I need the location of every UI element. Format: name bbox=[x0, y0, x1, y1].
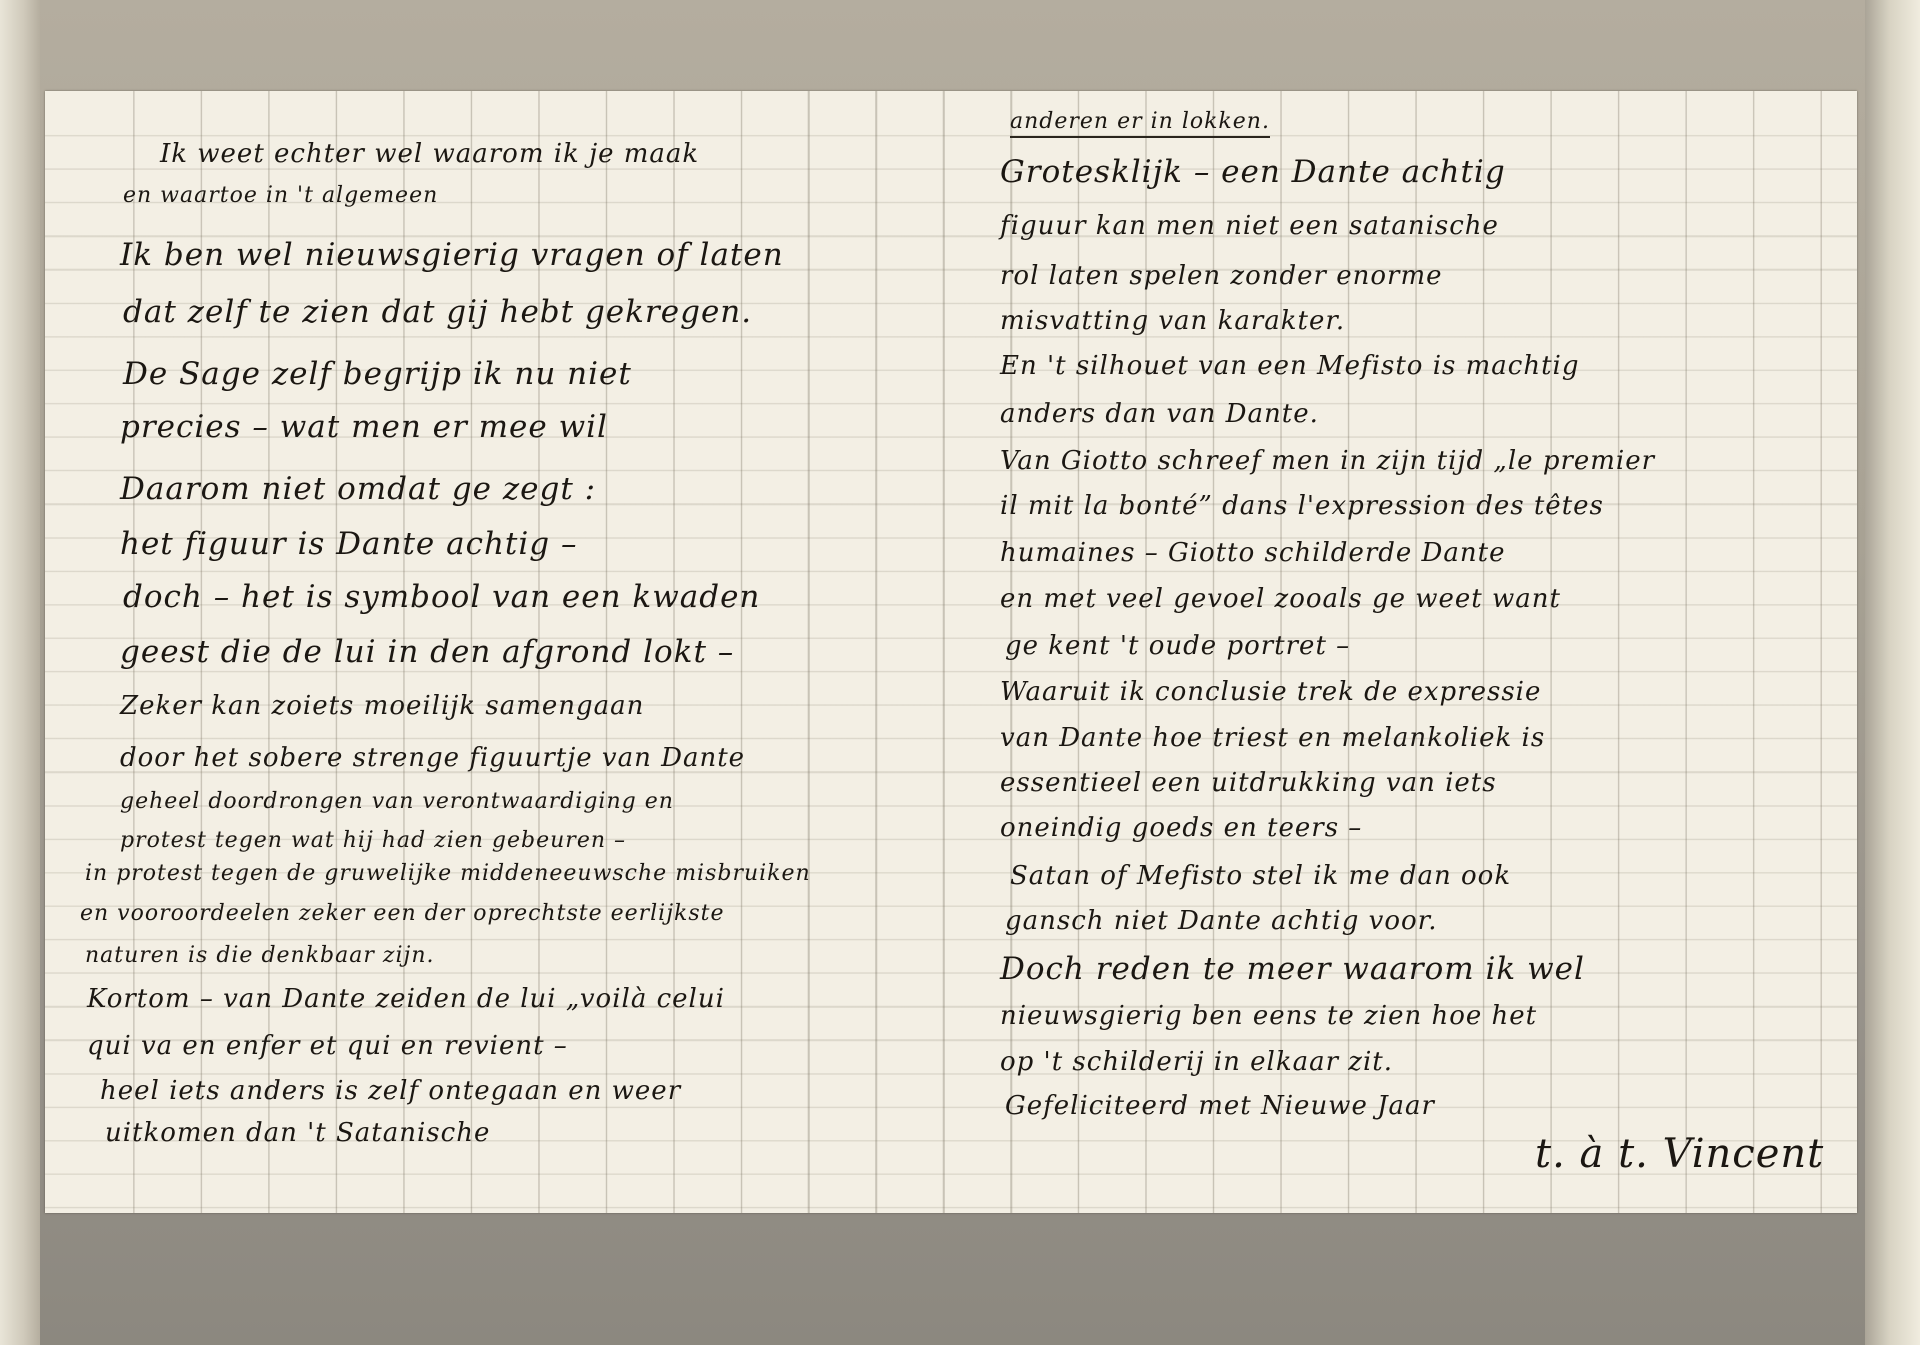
letter-line: nieuwsgierig ben eens te zien hoe het bbox=[1000, 1001, 1537, 1031]
letter-sheet: Ik weet echter wel waarom ik je maak en … bbox=[45, 91, 1857, 1213]
letter-line: qui va en enfer et qui en revient – bbox=[87, 1031, 568, 1061]
letter-line: De Sage zelf begrijp ik nu niet bbox=[123, 356, 632, 392]
letter-line: Ik ben wel nieuwsgierig vragen of laten bbox=[120, 237, 784, 273]
letter-line: precies – wat men er mee wil bbox=[120, 409, 608, 445]
letter-line: heel iets anders is zelf ontegaan en wee… bbox=[100, 1076, 681, 1106]
letter-line: en waartoe in 't algemeen bbox=[123, 183, 438, 208]
letter-line: geest die de lui in den afgrond lokt – bbox=[120, 634, 734, 670]
letter-line: naturen is die denkbaar zijn. bbox=[85, 943, 434, 968]
letter-line: ge kent 't oude portret – bbox=[1005, 631, 1350, 661]
letter-line: rol laten spelen zonder enorme bbox=[1000, 261, 1442, 291]
letter-line: Daarom niet omdat ge zegt : bbox=[120, 471, 596, 507]
letter-line: dat zelf te zien dat gij hebt gekregen. bbox=[123, 294, 752, 330]
signature: t. à t. Vincent bbox=[1535, 1131, 1824, 1177]
letter-line: protest tegen wat hij had zien gebeuren … bbox=[120, 828, 626, 853]
letter-line: anders dan van Dante. bbox=[1000, 399, 1319, 429]
mount-edge-left bbox=[0, 0, 40, 1345]
letter-line: Doch reden te meer waarom ik wel bbox=[1000, 951, 1585, 987]
letter-line: oneindig goeds en teers – bbox=[1000, 813, 1362, 843]
letter-line: Zeker kan zoiets moeilijk samengaan bbox=[120, 691, 644, 721]
letter-line: en met veel gevoel zooals ge weet want bbox=[1000, 584, 1561, 614]
letter-line: Kortom – van Dante zeiden de lui „voilà … bbox=[87, 984, 725, 1014]
letter-line: figuur kan men niet een satanische bbox=[1000, 211, 1499, 241]
letter-line: misvatting van karakter. bbox=[1000, 306, 1345, 336]
letter-line: Satan of Mefisto stel ik me dan ook bbox=[1010, 861, 1511, 891]
letter-line: door het sobere strenge figuurtje van Da… bbox=[120, 743, 745, 773]
letter-line: En 't silhouet van een Mefisto is machti… bbox=[1000, 351, 1580, 381]
letter-line: doch – het is symbool van een kwaden bbox=[123, 579, 760, 615]
letter-line: Ik weet echter wel waarom ik je maak bbox=[160, 139, 699, 169]
letter-line: Waaruit ik conclusie trek de expressie bbox=[1000, 677, 1541, 707]
letter-line: humaines – Giotto schilderde Dante bbox=[1000, 538, 1505, 568]
letter-line: anderen er in lokken. bbox=[1010, 109, 1270, 138]
letter-line: in protest tegen de gruwelijke middeneeu… bbox=[85, 861, 811, 886]
mount-edge-right bbox=[1865, 0, 1920, 1345]
letter-line: en vooroordeelen zeker een der oprechtst… bbox=[80, 901, 725, 926]
letter-line: uitkomen dan 't Satanische bbox=[105, 1118, 490, 1148]
letter-line: gansch niet Dante achtig voor. bbox=[1005, 906, 1437, 936]
letter-line: op 't schilderij in elkaar zit. bbox=[1000, 1047, 1393, 1077]
letter-line: van Dante hoe triest en melankoliek is bbox=[1000, 723, 1545, 753]
letter-line: geheel doordrongen van verontwaardiging … bbox=[120, 789, 674, 814]
letter-line: het figuur is Dante achtig – bbox=[120, 526, 577, 562]
letter-line: il mit la bonté” dans l'expression des t… bbox=[1000, 491, 1604, 521]
letter-line: Grotesklijk – een Dante achtig bbox=[1000, 154, 1506, 190]
letter-line: essentieel een uitdrukking van iets bbox=[1000, 768, 1497, 798]
letter-line: Gefeliciteerd met Nieuwe Jaar bbox=[1005, 1091, 1435, 1121]
letter-line: Van Giotto schreef men in zijn tijd „le … bbox=[1000, 446, 1655, 476]
